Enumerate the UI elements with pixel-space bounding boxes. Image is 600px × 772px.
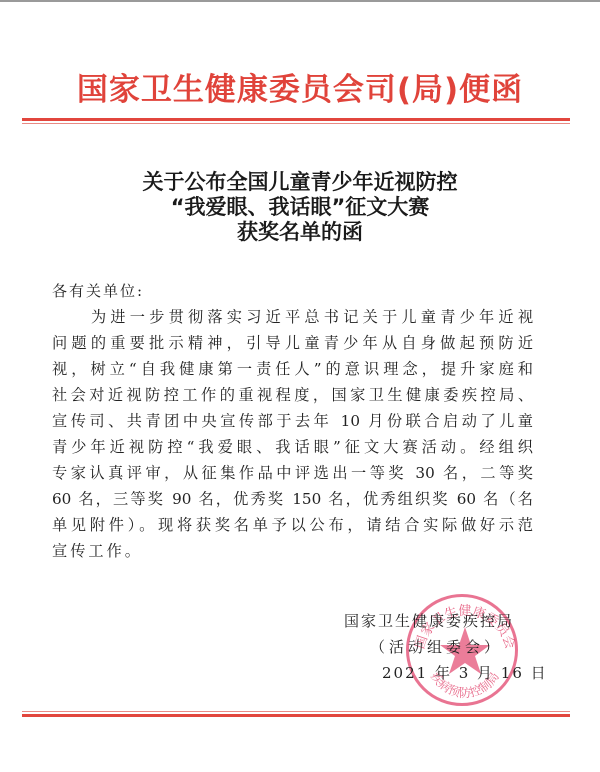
letterhead-divider: [22, 118, 570, 124]
signature-date: 2021 年 3 月 16 日: [382, 662, 548, 684]
body-line: 单见附件）。现将获奖名单予以公布，请结合实际做好示范: [52, 514, 533, 536]
title-line-2: “我爱眼、我话眼”征文大赛: [0, 195, 600, 220]
salutation: 各有关单位:: [52, 280, 144, 302]
footer-divider: [22, 711, 570, 717]
title-line-3: 获奖名单的函: [0, 220, 600, 245]
document-title: 关于公布全国儿童青少年近视防控 “我爱眼、我话眼”征文大赛 获奖名单的函: [0, 170, 600, 245]
letterhead-title: 国家卫生健康委员会司(局)便函: [0, 70, 600, 110]
body-line: 青少年近视防控“我爱眼、我话眼”征文大赛活动。经组织: [52, 436, 533, 458]
body-line: 专家认真评审，从征集作品中评选出一等奖 30 名，二等奖: [52, 462, 533, 484]
body-line: 宣传工作。: [52, 540, 143, 562]
body-line: 问题的重要批示精神，引导儿童青少年从自身做起预防近: [52, 332, 533, 354]
body-line: 社会对近视防控工作的重视程度，国家卫生健康委疾控局、: [52, 384, 533, 406]
body-line: 宣传司、共青团中央宣传部于去年 10 月份联合启动了儿童: [52, 410, 533, 432]
scan-top-edge: [0, 0, 600, 2]
title-line-1: 关于公布全国儿童青少年近视防控: [0, 170, 600, 195]
body-line: 为进一步贯彻落实习近平总书记关于儿童青少年近视: [91, 306, 533, 328]
body-line: 60 名，三等奖 90 名，优秀奖 150 名，优秀组织奖 60 名（名: [52, 488, 533, 510]
signature-committee: （活动组委会）: [370, 636, 503, 658]
signature-org: 国家卫生健康委疾控局: [344, 610, 514, 632]
body-line: 视，树立“自我健康第一责任人”的意识理念，提升家庭和: [52, 358, 533, 380]
